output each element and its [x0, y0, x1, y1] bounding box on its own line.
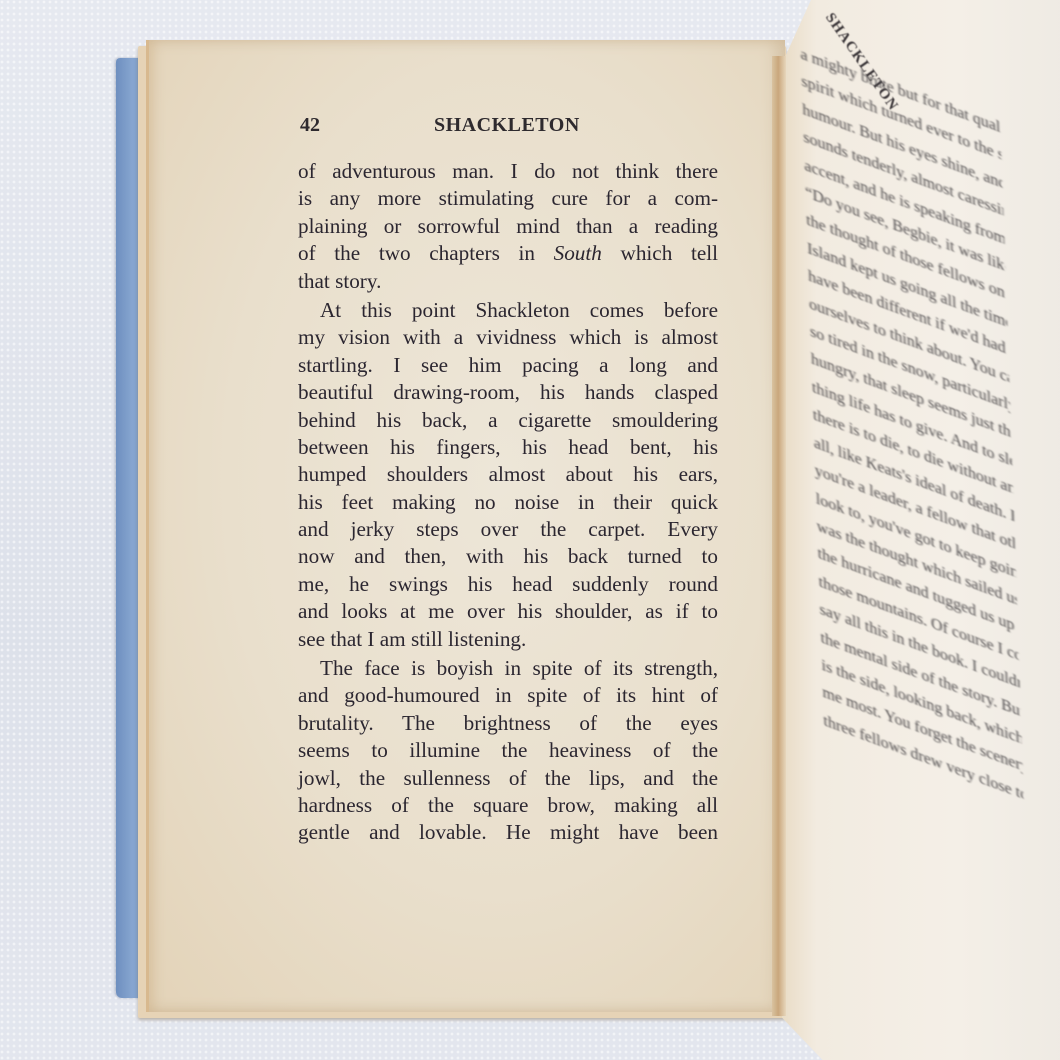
text-line: plaining or sorrowful mind than a readin… — [298, 213, 718, 240]
book-gutter — [772, 56, 786, 1016]
text-line: hardness of the square brow, making all — [298, 792, 718, 819]
text-line: humped shoulders almost about his ears, — [298, 461, 718, 488]
text-line: startling. I see him pacing a long and — [298, 352, 718, 379]
text-line: behind his back, a cigarette smouldering — [298, 407, 718, 434]
text-line: his feet making no noise in their quick — [298, 489, 718, 516]
running-head: 42 SHACKLETON — [298, 112, 722, 142]
text-line: beautiful drawing-room, his hands claspe… — [298, 379, 718, 406]
text-line: brutality. The brightness of the eyes — [298, 710, 718, 737]
right-page-body-blurred: a mighty brute but for that quality in h… — [800, 40, 1024, 808]
text-line: jowl, the sullenness of the lips, and th… — [298, 765, 718, 792]
text-line: now and then, with his back turned to — [298, 543, 718, 570]
text-line: and jerky steps over the carpet. Every — [298, 516, 718, 543]
italic-book-title: South — [554, 241, 602, 265]
paragraph-start-line: The face is boyish in spite of its stren… — [298, 655, 718, 682]
text-line: and good-humoured in spite of its hint o… — [298, 682, 718, 709]
text-line: see that I am still listening. — [298, 626, 718, 653]
text-line: gentle and lovable. He might have been — [298, 819, 718, 846]
page-number: 42 — [300, 114, 320, 137]
text-line: seems to illumine the heaviness of the — [298, 737, 718, 764]
text-line: and looks at me over his shoulder, as if… — [298, 598, 718, 625]
running-head-title: SHACKLETON — [434, 114, 580, 137]
text-line: is any more stimulating cure for a com- — [298, 185, 718, 212]
text-line: between his fingers, his head bent, his — [298, 434, 718, 461]
text-line: me, he swings his head suddenly round — [298, 571, 718, 598]
text-line: my vision with a vividness which is almo… — [298, 324, 718, 351]
text-fragment: of the two chapters in — [298, 241, 554, 265]
text-line: that story. — [298, 268, 718, 295]
left-page-body: of adventurous man. I do not think there… — [298, 158, 718, 847]
text-fragment: which tell — [602, 241, 718, 265]
paragraph-start-line: At this point Shackleton comes before — [298, 297, 718, 324]
text-line-with-italic: of the two chapters in South which tell — [298, 240, 718, 267]
text-line: of adventurous man. I do not think there — [298, 158, 718, 185]
